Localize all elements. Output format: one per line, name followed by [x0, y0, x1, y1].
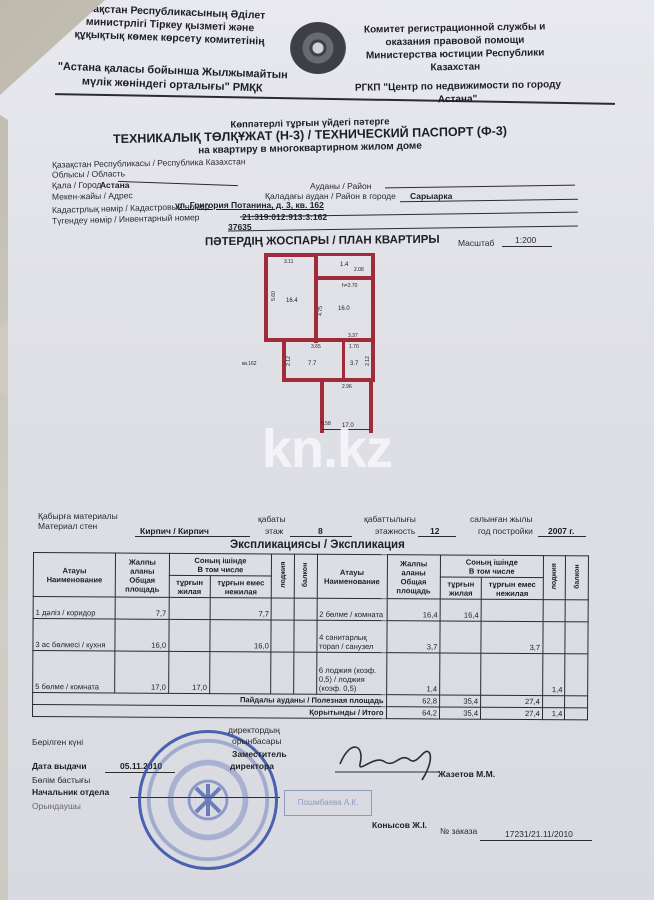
field-underline [290, 536, 352, 537]
totals-row: Қорытынды / Итого 64,2 35,4 27,4 1,4 [32, 705, 587, 720]
useful-nonliving: 27,4 [481, 695, 543, 707]
cell-loggia: 1,4 [542, 654, 565, 696]
cell-balcony [294, 598, 317, 620]
col-name: Атауы Наименование [317, 554, 387, 598]
room-area-label: 3.7 [350, 361, 358, 367]
totals-loggia: 1,4 [542, 708, 565, 720]
room-area-label: 16.4 [286, 298, 298, 304]
col-balcony-label: балкон [573, 565, 580, 590]
signer-name: Жазетов М.М. [438, 769, 495, 779]
org-header-kz: "Астана қаласы бойынша Жылжымайтын мүлік… [55, 59, 291, 96]
ceiling-height-label: h=2.70 [342, 283, 357, 289]
country-label: Қазақстан Республикасы / Республика Каза… [52, 156, 246, 169]
explication-title: Экспликациясы / Экспликация [230, 539, 405, 551]
col-living: тұрғын жилая [169, 575, 210, 597]
field-underline [385, 185, 575, 189]
col-nonliving: тұрғын емес нежилая [481, 577, 543, 599]
cell-living [440, 653, 481, 695]
cadastral-value: 21:319:012:913:3:162 [242, 212, 327, 222]
cell-balcony [565, 654, 588, 696]
field-underline [502, 246, 552, 247]
dimension-label: 2.12 [365, 356, 371, 366]
useful-balcony [565, 696, 588, 708]
field-underline [135, 536, 250, 537]
totals-total: 64,2 [386, 707, 440, 719]
cell-living [169, 619, 210, 651]
floors-label-ru: этажность [375, 526, 415, 536]
seal-emblem-icon [188, 780, 228, 820]
cell-nonliving [481, 653, 543, 695]
wall-material-label-kz: Қабырға материалы [38, 511, 118, 521]
col-living: тұрғын жилая [440, 577, 481, 599]
cell-nonliving: 16,0 [210, 620, 272, 652]
col-total: Жалпы аланы Общая площадь [387, 555, 441, 599]
cell-balcony [294, 652, 317, 694]
wall-material-value: Кирпич / Кирпич [140, 526, 209, 536]
floor-label-kz: қабаты [258, 514, 286, 524]
useful-loggia [542, 696, 565, 708]
year-label-ru: год постройки [478, 526, 533, 536]
totals-balcony [565, 708, 588, 720]
field-underline [228, 226, 578, 232]
floor-label-ru: этаж [265, 526, 283, 536]
dimension-label: 3.37 [348, 333, 358, 339]
cell-living [169, 597, 210, 619]
year-label-kz: салынған жылы [470, 514, 533, 524]
room-area-label: 7.7 [308, 361, 316, 367]
cell-nonliving [209, 652, 271, 694]
cell-total: 17,0 [115, 651, 169, 693]
totals-nonliving: 27,4 [481, 707, 543, 719]
cell-living: 17,0 [168, 651, 209, 693]
useful-total: 62,8 [386, 695, 440, 707]
cell-balcony [565, 622, 588, 654]
field-underline [418, 536, 456, 537]
col-loggia-label: лоджия [280, 562, 287, 588]
cell-name: 1 дәліз / коридор [33, 597, 115, 620]
floor-value: 8 [318, 526, 323, 536]
floor-plan: 3.11 5.60 4.75 2.08 3.37 3.65 1.70 2.12 … [264, 253, 382, 433]
cell-nonliving: 7,7 [210, 598, 272, 620]
useful-living: 35,4 [440, 695, 481, 707]
state-emblem-icon [290, 22, 346, 74]
col-loggia: лоджия [272, 554, 295, 598]
issued-label-kz: Берілген күні [32, 737, 83, 747]
cell-name: 4 санитарлық торап / санузел [317, 620, 387, 652]
field-underline [538, 536, 586, 537]
dimension-label: 3.11 [284, 259, 293, 265]
deputy-label-ru-2: директора [230, 761, 274, 771]
cell-balcony [294, 620, 317, 652]
apartment-number-label: кв.162 [242, 361, 257, 367]
scale-value: 1:200 [515, 235, 536, 245]
cell-total: 1,4 [386, 653, 440, 695]
field-underline [118, 181, 238, 186]
region-label: Облысы / Область [52, 168, 125, 179]
cell-loggia [271, 620, 294, 652]
name-stamp: Пошмбаева А.К. [284, 790, 372, 816]
col-incl: Соның ішінде В том числе [440, 555, 543, 578]
cell-total: 16,4 [387, 599, 441, 621]
cell-balcony [565, 600, 588, 622]
cell-nonliving: 3,7 [481, 621, 543, 653]
deputy-label-kz-2: орынбасары [232, 736, 281, 746]
scale-label: Масштаб [458, 238, 494, 248]
dimension-label: 2.08 [354, 267, 364, 273]
field-underline [480, 840, 592, 841]
cell-loggia [271, 652, 294, 694]
address-label: Мекен-жайы / Адрес [52, 190, 133, 201]
org-header-ru: РГКП "Центр по недвижимости по городу Ас… [355, 78, 560, 108]
cell-name: 3 ас бөлмесі / кухня [33, 619, 115, 652]
col-loggia: лоджия [543, 556, 566, 600]
dimension-label: 1.70 [349, 344, 359, 350]
col-incl: Соның ішінде В том числе [169, 553, 272, 576]
col-balcony: балкон [294, 554, 317, 598]
col-balcony-label: балкон [302, 563, 309, 588]
explication-table: Атауы Наименование Жалпы аланы Общая пло… [32, 552, 589, 720]
col-total: Жалпы аланы Общая площадь [115, 553, 169, 597]
dimension-label: 3.65 [311, 344, 321, 350]
district-label: Ауданы / Район [310, 181, 371, 191]
table-row: 5 бөлме / комната 17,0 17,0 6 лоджия (ко… [33, 651, 588, 696]
cell-total: 7,7 [115, 597, 169, 619]
cell-living: 16,4 [440, 599, 481, 621]
totals-living: 35,4 [439, 707, 480, 719]
deputy-label-kz-1: директордың [228, 725, 280, 735]
room-area-label: 1.4 [340, 262, 348, 268]
table-header-row: Атауы Наименование Жалпы аланы Общая пло… [33, 553, 588, 578]
col-name: Атауы Наименование [33, 553, 115, 598]
ministry-header-ru: Комитет регистрационной службы и оказани… [360, 20, 551, 75]
year-value: 2007 г. [548, 526, 574, 536]
table-row: 3 ас бөлмесі / кухня 16,0 16,0 4 санитар… [33, 619, 588, 654]
executor-name: Конысов Ж.І. [372, 820, 427, 830]
floors-label-kz: қабаттылығы [364, 514, 416, 524]
deputy-label-ru-1: Заместитель [232, 749, 287, 759]
dimension-label: 4.75 [318, 306, 324, 316]
executor-label: Орындаушы [32, 801, 81, 811]
city-district-value: Сарыарка [410, 191, 452, 201]
head-label-kz: Бөлім бастығы [32, 775, 90, 785]
wall-material-label-ru: Материал стен [38, 521, 97, 531]
order-value: 17231/21.11/2010 [505, 829, 573, 839]
room-area-label: 16.0 [338, 306, 350, 312]
dimension-label: 5.60 [271, 291, 277, 301]
head-label-ru: Начальник отдела [32, 787, 109, 797]
city-label: Қала / Город [52, 180, 102, 191]
cell-loggia [543, 622, 566, 654]
cell-name: 6 лоджия (коэф. 0,5) / лоджия (коэф. 0,5… [316, 652, 386, 694]
cell-total: 3,7 [386, 621, 440, 653]
cell-name: 2 бөлме / комната [317, 598, 387, 620]
cell-loggia [543, 600, 566, 622]
cell-living [440, 621, 481, 653]
issued-label-ru: Дата выдачи [32, 761, 87, 771]
watermark-logo: kn.kz [262, 418, 392, 480]
dimension-label: 2.12 [286, 356, 292, 366]
cell-loggia [272, 598, 295, 620]
totals-label: Қорытынды / Итого [32, 705, 386, 719]
col-loggia-label: лоджия [551, 563, 558, 589]
document-page: Қазақстан Республикасының Әділет министр… [0, 0, 654, 900]
col-balcony: балкон [566, 556, 589, 600]
col-nonliving: тұрғын емес нежилая [210, 576, 272, 598]
plan-title: ПӘТЕРДІҢ ЖОСПАРЫ / ПЛАН КВАРТИРЫ [205, 234, 440, 248]
cell-name: 5 бөлме / комната [33, 651, 115, 694]
dimension-label: 2.96 [342, 384, 352, 390]
floors-value: 12 [430, 526, 439, 536]
cell-total: 16,0 [115, 619, 169, 651]
order-label: № заказа [440, 826, 477, 836]
cell-nonliving [481, 599, 543, 621]
signature-icon [330, 734, 450, 784]
